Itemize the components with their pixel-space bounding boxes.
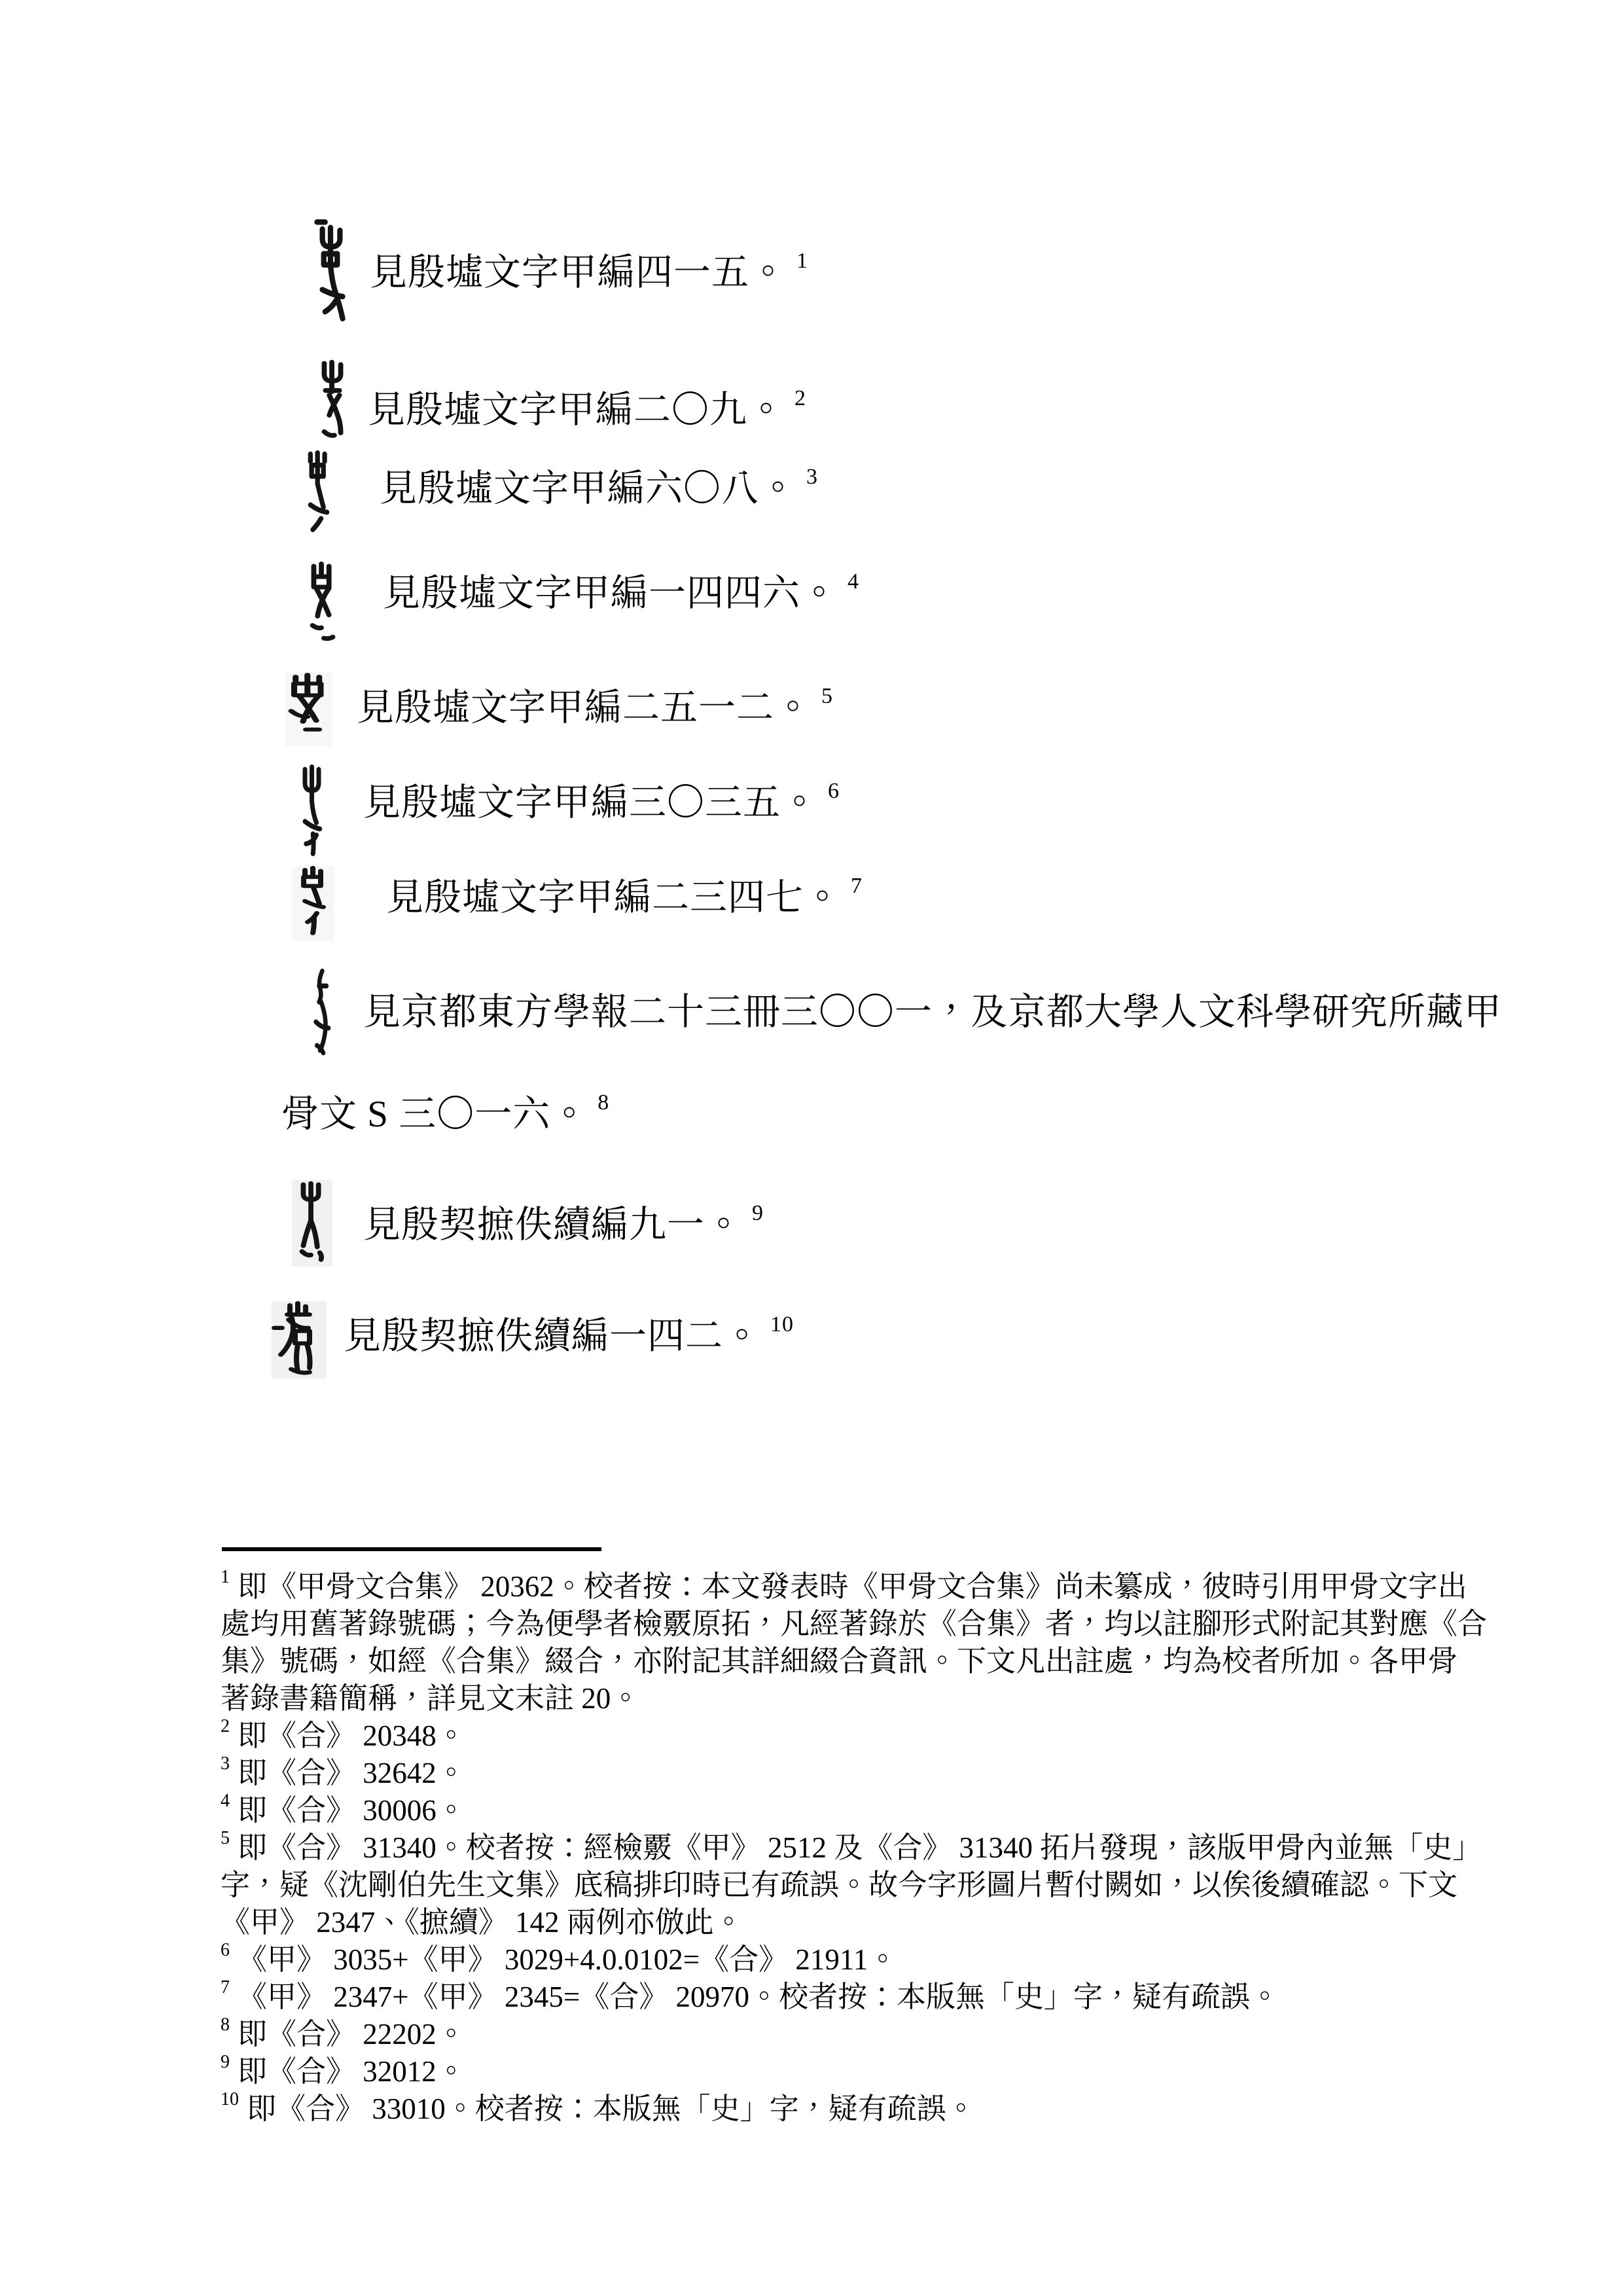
footnote-2: 2即《合》 20348。 [221,1717,1418,1755]
footnote-text: 即《合》 32642。 [238,1757,466,1789]
footnote-text: 即《合》 31340。校者按：經檢覈《甲》 2512 及《合》 31340 拓片… [238,1831,1482,1864]
citation-text: 見京都東方學報二十三冊三〇〇一，及京都大學人文科學研究所藏甲 [363,992,1502,1033]
citation-text: 見殷契摭佚續編九一。 [363,1204,743,1246]
oracle-bone-glyph-7-icon [292,866,334,941]
footnote-ref-2: 2 [794,386,806,410]
footnote-ref-5: 5 [821,684,833,708]
citation-text: 見殷墟文字甲編二三四七。 [386,877,842,918]
footnote-marker-1: 1 [221,1567,230,1587]
citation-text: 見殷契摭佚續編一四二。 [344,1316,761,1357]
footnote-marker-2: 2 [221,1716,230,1736]
footnote-7: 7《甲》 2347+《甲》 2345=《合》 20970。校者按：本版無「史」字… [221,1979,1418,2016]
footnote-ref-6: 6 [828,779,840,803]
footnote-text: 《甲》 2347、《摭續》 142 兩例亦倣此。 [221,1906,743,1939]
footnote-marker-10: 10 [221,2089,239,2109]
footnote-text: 即《合》 30006。 [238,1794,466,1827]
footnote-text: 集》號碼，如經《合集》綴合，亦附記其詳細綴合資訊。下文凡出註處，均為校者所加。各… [221,1645,1457,1677]
oracle-bone-glyph-9-icon [292,1180,332,1266]
footnote-ref-10: 10 [770,1312,794,1336]
citation-entry-2: 見殷墟文字甲編二〇九。2 [368,390,806,431]
citation-text: 見殷墟文字甲編四一五。 [370,252,787,293]
oracle-bone-glyph-5-icon [285,673,332,746]
footnotes-section: 1即《甲骨文合集》 20362。校者按：本文發表時《甲骨文合集》尚未纂成，彼時引… [221,1568,1418,2128]
footnote-5-line-1: 5即《合》 31340。校者按：經檢覈《甲》 2512 及《合》 31340 拓… [221,1829,1418,1867]
footnote-9: 9即《合》 32012。 [221,2053,1418,2090]
footnote-8: 8即《合》 22202。 [221,2016,1418,2053]
citation-entry-1: 見殷墟文字甲編四一五。1 [370,253,808,293]
footnote-1-line-4: 著錄書籍簡稱，詳見文末註 20。 [221,1680,1418,1717]
citation-text: 見殷墟文字甲編二〇九。 [368,389,785,431]
footnote-marker-9: 9 [221,2052,230,2072]
footnote-marker-3: 3 [221,1753,230,1774]
footnote-marker-6: 6 [221,1940,230,1960]
footnote-ref-8: 8 [597,1090,609,1115]
citation-entry-3: 見殷墟文字甲編六〇八。3 [380,469,818,509]
footnote-ref-4: 4 [847,569,859,594]
footnote-marker-8: 8 [221,2015,230,2035]
footnote-text: 即《合》 32012。 [238,2055,466,2088]
citation-entry-4: 見殷墟文字甲編一四四六。4 [383,573,859,614]
citation-text: 見殷墟文字甲編二五一二。 [357,687,812,728]
footnote-marker-4: 4 [221,1791,230,1811]
citation-entry-7: 見殷墟文字甲編二三四七。7 [386,878,863,918]
citation-entry-10: 見殷契摭佚續編一四二。10 [344,1316,794,1357]
citation-entry-5: 見殷墟文字甲編二五一二。5 [357,688,833,728]
footnote-3: 3即《合》 32642。 [221,1755,1418,1792]
footnote-text: 字，疑《沈剛伯先生文集》底稿排印時已有疏誤。故今字形圖片暫付闕如，以俟後續確認。… [221,1869,1457,1901]
footnote-text: 即《甲骨文合集》 20362。校者按：本文發表時《甲骨文合集》尚未纂成，彼時引用… [238,1570,1467,1603]
oracle-bone-glyph-8-icon [306,967,340,1060]
footnote-1-line-2: 處均用舊著錄號碼；今為便學者檢覈原拓，凡經著錄於《合集》者，均以註腳形式附記其對… [221,1605,1418,1643]
footnote-text: 即《合》 33010。校者按：本版無「史」字，疑有疏誤。 [247,2092,976,2125]
footnote-text: 即《合》 22202。 [238,2018,466,2051]
footnote-marker-7: 7 [221,1977,230,1998]
footnote-6: 6《甲》 3035+《甲》 3029+4.0.0102=《合》 21911。 [221,1941,1418,1979]
citation-text: 見殷墟文字甲編六〇八。 [380,468,797,509]
document-page: 見殷墟文字甲編四一五。1 見殷墟文字甲編二〇九。2 見殷墟文字甲編六〇八。3 [0,0,1623,2296]
oracle-bone-glyph-2-icon [313,359,353,447]
citation-text: 骨文 S 三〇一六。 [281,1094,588,1135]
footnote-text: 著錄書籍簡稱，詳見文末註 20。 [221,1682,640,1715]
oracle-bone-glyph-6-icon [296,764,332,857]
oracle-bone-glyph-4-icon [302,562,343,649]
footnote-text: 即《合》 20348。 [238,1719,466,1752]
footnote-ref-7: 7 [851,874,863,898]
footnote-5-line-2: 字，疑《沈剛伯先生文集》底稿排印時已有疏誤。故今字形圖片暫付闕如，以俟後續確認。… [221,1867,1418,1904]
citation-text: 見殷墟文字甲編一四四六。 [383,573,838,614]
oracle-bone-glyph-1-icon [309,218,352,321]
citation-entry-9: 見殷契摭佚續編九一。9 [363,1205,764,1246]
citation-entry-6: 見殷墟文字甲編三〇三五。6 [363,783,840,823]
footnote-1-line-1: 1即《甲骨文合集》 20362。校者按：本文發表時《甲骨文合集》尚未纂成，彼時引… [221,1568,1418,1605]
footnote-text: 《甲》 3035+《甲》 3029+4.0.0102=《合》 21911。 [238,1943,897,1976]
footnote-separator-rule [222,1547,601,1551]
footnote-10: 10即《合》 33010。校者按：本版無「史」字，疑有疏誤。 [221,2090,1418,2128]
oracle-bone-glyph-3-icon [300,450,338,543]
footnote-text: 《甲》 2347+《甲》 2345=《合》 20970。校者按：本版無「史」字，… [238,1981,1279,2013]
footnote-ref-9: 9 [752,1201,764,1225]
footnote-ref-1: 1 [796,249,808,273]
citation-text: 見殷墟文字甲編三〇三五。 [363,782,819,823]
citation-entry-8-line-1: 見京都東方學報二十三冊三〇〇一，及京都大學人文科學研究所藏甲 [363,992,1502,1033]
citation-entry-8-line-2: 骨文 S 三〇一六。8 [281,1094,609,1135]
footnote-ref-3: 3 [806,465,818,489]
oracle-bone-glyph-10-icon [272,1301,327,1378]
footnote-text: 處均用舊著錄號碼；今為便學者檢覈原拓，凡經著錄於《合集》者，均以註腳形式附記其對… [221,1607,1487,1640]
footnote-1-line-3: 集》號碼，如經《合集》綴合，亦附記其詳細綴合資訊。下文凡出註處，均為校者所加。各… [221,1643,1418,1680]
footnote-marker-5: 5 [221,1828,230,1848]
footnote-4: 4即《合》 30006。 [221,1792,1418,1829]
footnote-5-line-3: 《甲》 2347、《摭續》 142 兩例亦倣此。 [221,1904,1418,1941]
